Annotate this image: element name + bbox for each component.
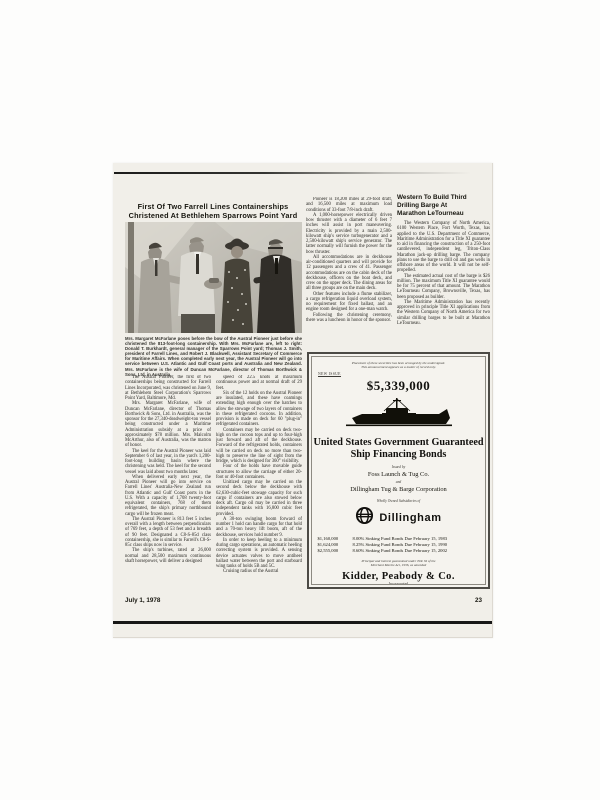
ad-title-line-1: United States Government Guaranteed (313, 437, 483, 449)
paragraph: In order to keep heeling to a minimum du… (216, 538, 302, 570)
paragraph: The Austral Pioneer is 813 feet 5 inches… (125, 517, 211, 549)
paragraph: The Western Company of North America, 61… (397, 221, 490, 274)
photo-caption: Mrs. Margaret McFarlane poses before the… (125, 336, 302, 377)
farrell-article-headline: First Of Two Farrell Lines Containership… (123, 202, 303, 220)
dillingham-wordmark: Dillingham (379, 512, 441, 524)
subsidiaries-label: Wholly Owned Subsidiaries of (377, 499, 421, 503)
issue-date: July 1, 1978 (125, 597, 160, 604)
ad-title: United States Government Guaranteed Ship… (313, 437, 483, 460)
paragraph: When delivered early next year, the Aust… (125, 475, 211, 517)
headline-line-1: First Of Two Farrell Lines Containership… (123, 202, 303, 211)
paragraph: Cruising radius of the Austral (216, 569, 302, 574)
headline-line-2: Drilling Barge At (397, 202, 490, 210)
dillingham-globe-icon (355, 506, 374, 530)
bottom-rule (113, 621, 492, 624)
bond-description: 8.60% Sinking Fund Bonds Due February 15… (353, 548, 480, 554)
paragraph: The keel for the Austral Pioneer was lai… (125, 449, 211, 475)
guarantee-line-2: Merchant Marine Act, 1936, as amended (361, 563, 435, 567)
guarantee-note: Principal and interest guaranteed under … (361, 559, 435, 567)
farrell-column-2: speed of 22.5 knots at maximum continuou… (216, 375, 302, 597)
scanned-magazine-page: First Of Two Farrell Lines Containership… (0, 0, 600, 800)
paragraph: Four of the holds have movable guide str… (216, 464, 302, 480)
tugboat-silhouette-icon (344, 396, 454, 435)
bond-list: $1,160,000 8.00% Sinking Fund Bonds Due … (318, 536, 480, 554)
paragraph: Containers may be carried on deck two-hi… (216, 428, 302, 465)
dillingham-brand-row: Dillingham (355, 506, 441, 530)
headline-line-3: Marathon LeTourneau (397, 210, 490, 218)
paragraph: A 30-ton swinging boom forward of number… (216, 517, 302, 538)
paragraph: The ship's turbines, rated at 26,000 nor… (125, 548, 211, 564)
western-article-headline: Western To Build Third Drilling Barge At… (397, 194, 490, 218)
paragraph: The estimated actual cost of the barge i… (397, 274, 490, 300)
paragraph: A 1,000-horsepower electrically driven b… (306, 213, 392, 255)
paragraph: All accommodations are in deckhouse air-… (306, 255, 392, 292)
christening-photo (125, 222, 302, 333)
bond-amount: $2,555,000 (318, 548, 348, 554)
and-label: and (396, 480, 401, 484)
western-article: Western To Build Third Drilling Barge At… (397, 194, 490, 349)
paragraph: Mrs. Margaret McFarlane, wife of Duncan … (125, 401, 211, 448)
disclaimer-line-2: This announcement appears as a matter of… (352, 365, 445, 369)
underwriter-name: Kidder, Peabody & Co. (342, 571, 455, 582)
paragraph: speed of 22.5 knots at maximum continuou… (216, 375, 302, 391)
farrell-column-1: The Austral Pioneer, the first of two co… (125, 375, 211, 597)
paragraph: Six of the 12 holds on the Austral Pione… (216, 391, 302, 428)
offering-amount: $5,339,000 (367, 378, 431, 394)
paragraph: The Maritime Administration has recently… (397, 300, 490, 326)
top-rule (114, 172, 490, 174)
paragraph: The Austral Pioneer, the first of two co… (125, 375, 211, 401)
page-number: 23 (475, 597, 482, 604)
paragraph: Following the christening ceremony, ther… (306, 313, 392, 324)
paragraph: Unitized cargo may be carried on the sec… (216, 480, 302, 517)
issuer-foss: Foss Launch & Tug Co. (368, 471, 429, 478)
issued-by-label: Issued by (392, 465, 405, 469)
magazine-page: First Of Two Farrell Lines Containership… (113, 163, 493, 638)
ad-disclaimer: Placement of these securities has been a… (352, 361, 445, 369)
paragraph: Pioneer is 18,200 miles at 29-foot draft… (306, 197, 392, 213)
bond-row: $2,555,000 8.60% Sinking Fund Bonds Due … (318, 548, 480, 554)
farrell-column-3: Pioneer is 18,200 miles at 29-foot draft… (306, 197, 392, 347)
christening-photo-illustration (125, 222, 302, 333)
headline-line-1: Western To Build Third (397, 194, 490, 202)
issuer-dillingham-tug: Dillingham Tug & Barge Corporation (350, 486, 446, 493)
ad-title-line-2: Ship Financing Bonds (313, 449, 483, 461)
bond-advertisement-frame: Placement of these securities has been a… (311, 356, 486, 585)
new-issue-label: NEW ISSUE (318, 372, 341, 377)
bond-advertisement: Placement of these securities has been a… (307, 352, 490, 589)
headline-line-2: Christened At Bethlehem Sparrows Point Y… (123, 211, 303, 220)
paragraph: Other features include a flume stabilize… (306, 292, 392, 313)
underwriter-incorporated: Incorporated (389, 582, 408, 585)
